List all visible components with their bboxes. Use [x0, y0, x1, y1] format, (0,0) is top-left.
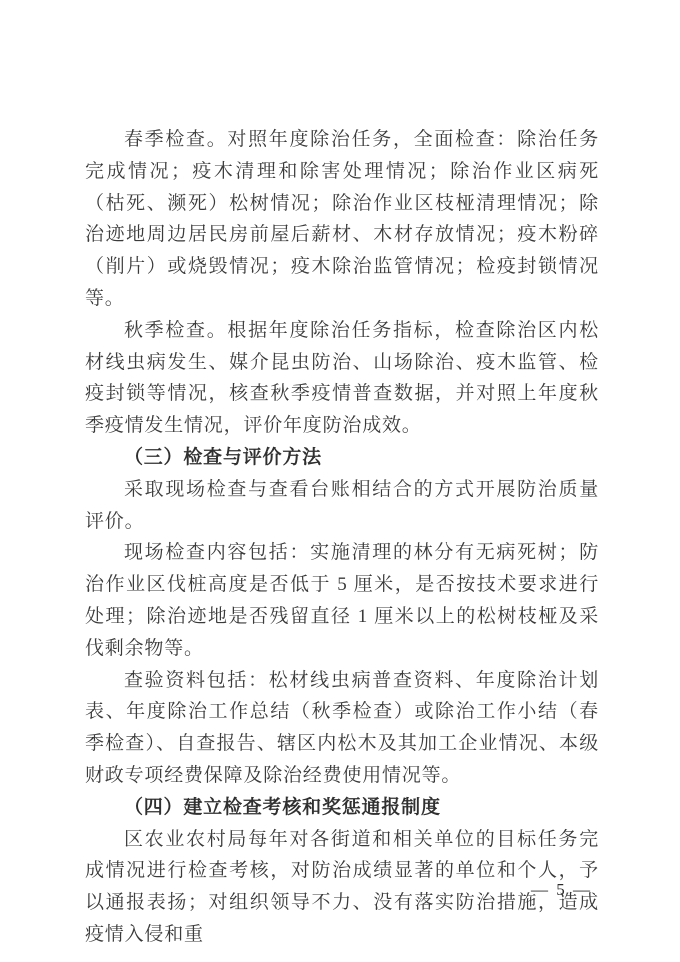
paragraph-autumn-inspection: 秋季检查。根据年度除治任务指标，检查除治区内松材线虫病发生、媒介昆虫防治、山场除…: [85, 315, 599, 442]
paragraph-site-inspection-content: 现场检查内容包括：实施清理的林分有无病死树；防治作业区伐桩高度是否低于 5 厘米…: [85, 537, 599, 664]
paragraph-assessment-notification: 区农业农村局每年对各街道和相关单位的目标任务完成情况进行检查考核，对防治成绩显著…: [85, 824, 599, 951]
page-number: — 5 —: [531, 880, 592, 900]
paragraph-inspection-materials: 查验资料包括：松材线虫病普查资料、年度除治计划表、年度除治工作总结（秋季检查）或…: [85, 665, 599, 792]
document-page: 春季检查。对照年度除治任务，全面检查：除治任务完成情况；疫木清理和除害处理情况；…: [0, 0, 680, 962]
section-heading-4: （四）建立检查考核和奖惩通报制度: [85, 792, 599, 824]
document-body: 春季检查。对照年度除治任务，全面检查：除治任务完成情况；疫木清理和除害处理情况；…: [85, 124, 599, 951]
section-heading-3: （三）检查与评价方法: [85, 442, 599, 474]
paragraph-spring-inspection: 春季检查。对照年度除治任务，全面检查：除治任务完成情况；疫木清理和除害处理情况；…: [85, 124, 599, 315]
paragraph-evaluation-method: 采取现场检查与查看台账相结合的方式开展防治质量评价。: [85, 474, 599, 538]
